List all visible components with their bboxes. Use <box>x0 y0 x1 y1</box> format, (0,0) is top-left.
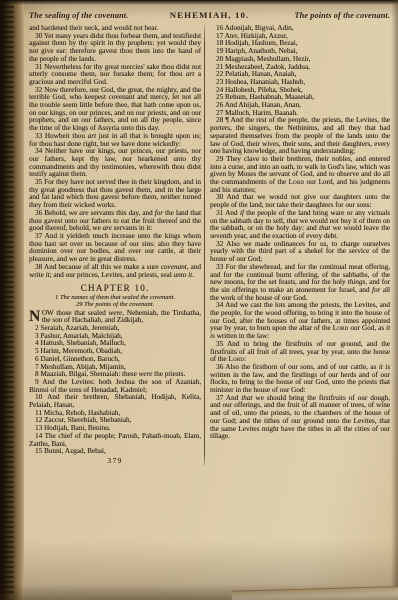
book-chapter-title: NEHEMIAH, 10. <box>162 11 258 20</box>
column-left: and hardened their neck, and would not h… <box>29 25 201 466</box>
verse-paragraph: 10 And their brethren, Shebaniah, Hodija… <box>29 394 201 409</box>
verse-paragraph: 33 For the shewbread, and for the contin… <box>210 264 390 303</box>
book-gutter <box>0 0 24 600</box>
verse-paragraph: 31 Nevertheless for thy great mercies' s… <box>29 64 201 87</box>
verse-paragraph: 33 Howbeit thou art just in all that is … <box>29 133 201 148</box>
verse-paragraph: 15 Bunni, Azgad, Bebai, <box>29 448 201 456</box>
verse-paragraph: 30 And that we would not give our daught… <box>210 194 390 209</box>
printed-area: The sealing of the covenant. NEHEMIAH, 1… <box>29 11 390 466</box>
column-right: 16 Adonijah, Bigvai, Adin,17 Ater, Hizki… <box>205 25 390 466</box>
verse-paragraph: 32 Also we made ordinances for us, to ch… <box>210 241 390 264</box>
verse-paragraph: 37 And it yieldeth much increase unto th… <box>29 233 201 264</box>
verse-paragraph: 38 And because of all this we make a sur… <box>29 264 201 279</box>
top-edge-shadow <box>0 0 398 5</box>
verse-paragraph: 35 And to bring the firstfruits of our g… <box>210 341 390 364</box>
dropcap: NOW those that sealed were, Nehemiah, th… <box>29 310 201 325</box>
verse-paragraph: 29 They clave to their brethren, their n… <box>210 156 390 195</box>
summary: 1 The names of them that sealed the cove… <box>29 294 201 301</box>
right-page-edge <box>391 0 398 600</box>
verse-paragraph: 14 The chief of the people; Parosh, Paha… <box>29 433 201 448</box>
verse-paragraph: 9 And the Levites: both Jeshua the son o… <box>29 379 201 394</box>
verse-paragraph: 28 ¶ And the rest of the people, the pri… <box>210 117 390 156</box>
facing-page-text-shadow <box>1 6 14 594</box>
verse-paragraph: 32 Now therefore, our God, the great, th… <box>29 87 201 133</box>
running-head-right: The points of the covenant. <box>257 11 390 20</box>
verse-paragraph: 37 And that we should bring the firstfru… <box>210 395 390 441</box>
running-head-left: The sealing of the covenant. <box>29 11 162 20</box>
verse-paragraph: 35 For they have not served thee in thei… <box>29 179 201 210</box>
verse-paragraph: 34 And we cast the lots among the priest… <box>210 302 390 341</box>
text-columns: and hardened their neck, and would not h… <box>29 25 390 466</box>
verse-paragraph: 34 Neither have our kings, our princes, … <box>29 148 201 179</box>
summary: 29 The points of the covenant. <box>29 301 201 308</box>
verse-paragraph: 36 Also the firstborn of our sons, and o… <box>210 364 390 395</box>
drop-cap-initial: N <box>29 310 42 324</box>
chapter-heading: CHAPTER 10. <box>29 283 201 293</box>
page-number: 379 <box>29 458 201 466</box>
running-head: The sealing of the covenant. NEHEMIAH, 1… <box>29 11 390 20</box>
verse-paragraph: 36 Behold, we are servants this day, and… <box>29 210 201 233</box>
verse-paragraph: 30 Yet many years didst thou forbear the… <box>29 33 201 64</box>
book-photo: The sealing of the covenant. NEHEMIAH, 1… <box>0 0 398 600</box>
verse-paragraph: 31 And if the people of the land bring w… <box>210 210 390 241</box>
bottom-shadow <box>0 584 398 600</box>
